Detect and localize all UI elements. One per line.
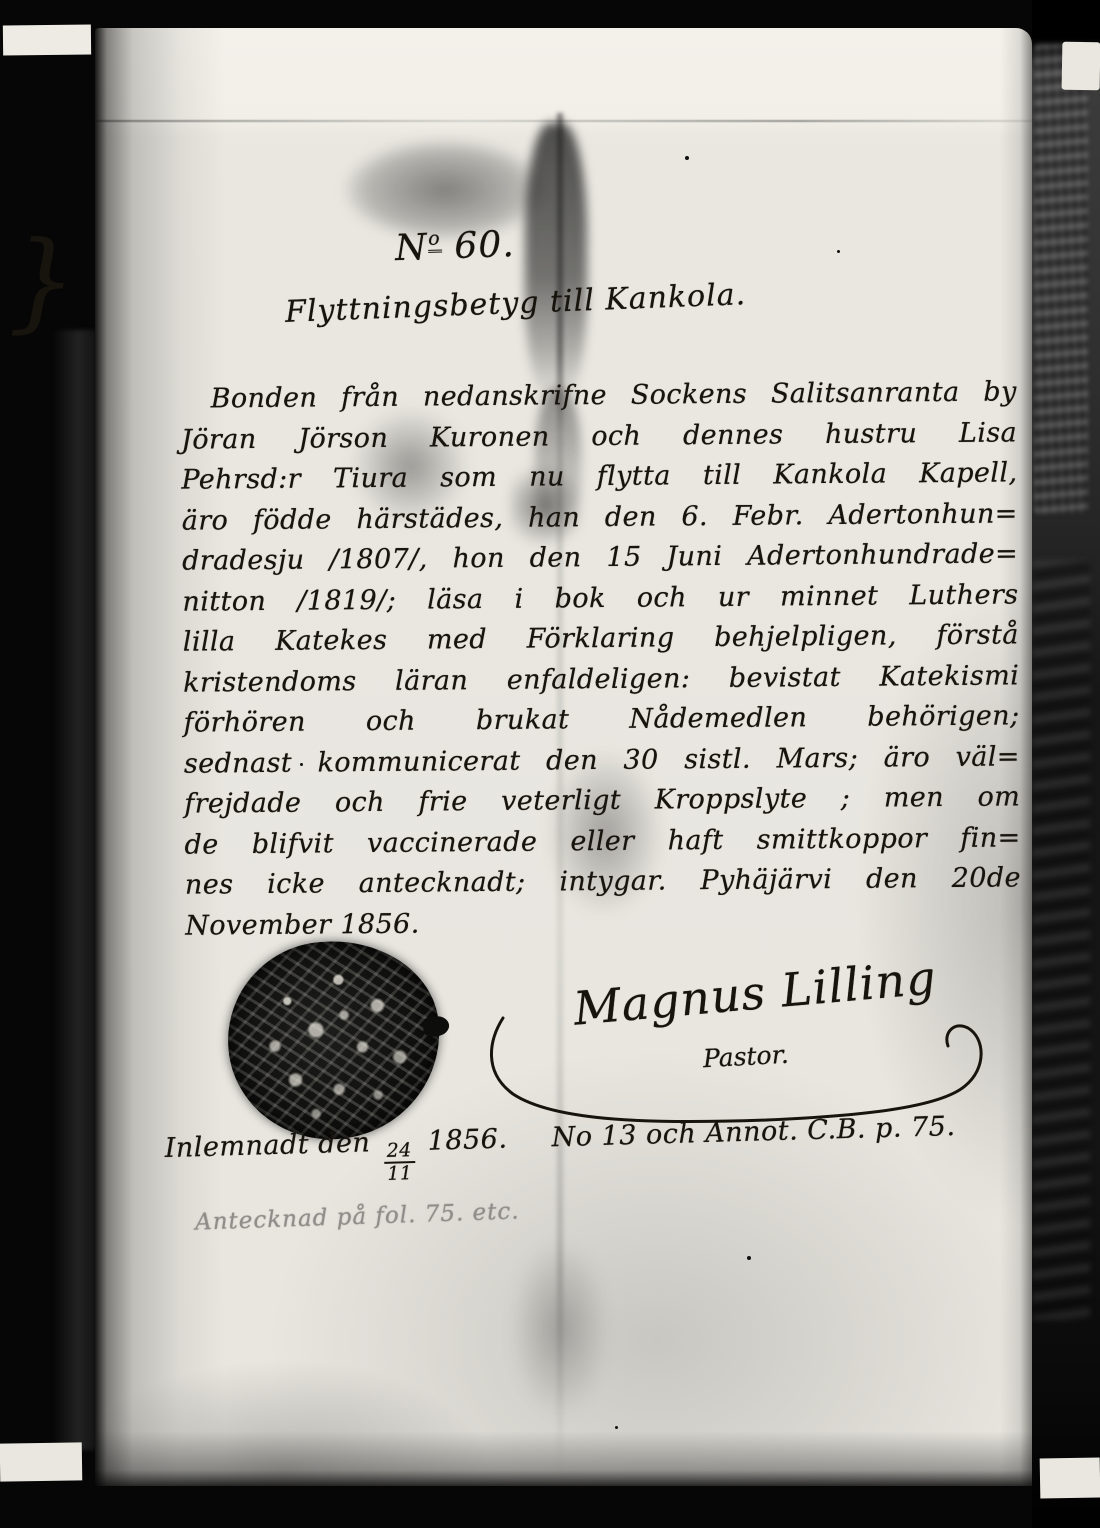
- scanned-document-photo: } No 60. Flyttningsbetyg till Kankola.: [0, 0, 1100, 1528]
- right-binding-band: [1032, 0, 1100, 1528]
- right-margin-white-block: [1040, 1457, 1100, 1498]
- fraction-denominator: 11: [384, 1161, 416, 1185]
- registration-year: 1856.: [427, 1123, 508, 1156]
- handwriting-line: Pehrsd:r Tiura som nu flytta till Kankol…: [181, 453, 1017, 501]
- ink-speck: [837, 250, 840, 253]
- handwriting-line: dradesju /1807/, hon den 15 Juni Aderton…: [182, 534, 1018, 582]
- manuscript-page: No 60. Flyttningsbetyg till Kankola. Bon…: [95, 28, 1032, 1486]
- wax-seal: [218, 930, 450, 1149]
- document-body: Bonden från nedanskrifne Sockens Salitsa…: [181, 372, 1022, 946]
- right-band-texture-bottom: [1032, 560, 1090, 1320]
- registration-prefix: Inlemnadt den: [164, 1127, 370, 1164]
- spacer: [517, 1146, 543, 1147]
- signature-flourish: [487, 1012, 992, 1127]
- handwriting-line: Bonden från nedanskrifne Sockens Salitsa…: [181, 372, 1017, 420]
- ink-speck: [615, 1426, 618, 1429]
- fraction-numerator: 24: [386, 1141, 412, 1162]
- handwriting-line: frejdade och frie veterligt Kroppslyte ;…: [184, 777, 1020, 825]
- ink-stain-top-cloud: [345, 140, 545, 240]
- registration-date-fraction: 24 11: [383, 1141, 415, 1185]
- right-band-texture-top: [1034, 44, 1088, 514]
- document-title: Flyttningsbetyg till Kankola.: [284, 277, 746, 330]
- pencil-annotation: Antecknad på fol. 75. etc.: [195, 1198, 520, 1235]
- left-page-edge-shadow: [52, 330, 96, 1450]
- handwriting-line: förhören och brukat Nådemedlen behörigen…: [183, 696, 1019, 744]
- handwriting-line: lilla Katekes med Förklaring behjelplige…: [183, 615, 1019, 663]
- document-number-superscript: o: [427, 227, 442, 252]
- ink-stain-fold-streak: [525, 123, 587, 403]
- left-margin-white-strip-top: [3, 25, 91, 56]
- document-number: No 60.: [394, 224, 515, 269]
- left-margin-white-strip-bottom: [0, 1442, 82, 1481]
- horizontal-crease: [95, 120, 1032, 122]
- document-number-value: 60.: [454, 224, 516, 267]
- ink-speck: [685, 156, 689, 160]
- handwriting-line: nes icke antecknadt; intygar. Pyhäjärvi …: [185, 858, 1021, 906]
- document-number-letter: N: [394, 227, 428, 269]
- right-margin-white-tab: [1062, 42, 1100, 91]
- handwriting-line: November 1856.: [185, 899, 1021, 947]
- ink-speck: [747, 1256, 751, 1260]
